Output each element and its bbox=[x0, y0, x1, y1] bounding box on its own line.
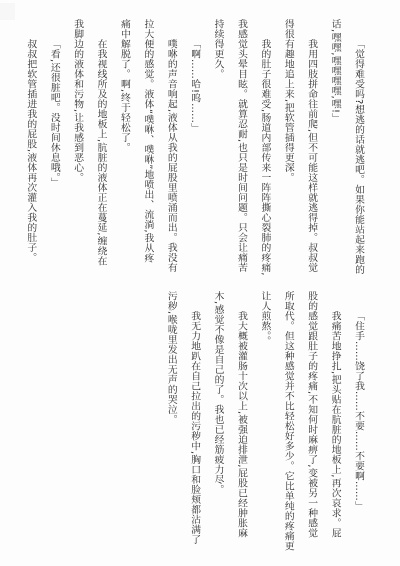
text-column: 股的感觉跟肚子的疼痛,不知何时麻痹了,变被另一种感觉 bbox=[300, 291, 323, 556]
text-column: 我的肚子很难受,肠道内部传来一阵阵撕心裂肺的疼痛, bbox=[253, 19, 276, 283]
text-column: 噗咻的声音响起,液体从我的屁股里喷涌而出。我没有 bbox=[159, 19, 182, 283]
text-column: 在我视线所及的地板上,肮脏的液体正在蔓延,缠绕在 bbox=[89, 19, 112, 283]
text-column: 拉大便的感觉。液体“噗咻、噗咻”地喷出、流淌,我从疼 bbox=[136, 19, 159, 283]
text-column: 「觉得难受吗?想逃的话就逃吧。如果你能站起来跑的 bbox=[347, 19, 370, 283]
text-column: 我感觉头晕目眩。就算忍耐,也只是时间问题。只会让痛苦 bbox=[230, 19, 253, 283]
text-column: 痛中解脱了。啊,终于轻松了。 bbox=[113, 19, 136, 283]
text-column: 我痛苦地挣扎,把头贴在肮脏的地板上,再次哀求。屁 bbox=[323, 291, 346, 556]
text-column: 我大概被灌肠十次以上,被强迫排泄,屁股已经肿胀麻 bbox=[230, 291, 253, 556]
novel-page: 「觉得难受吗?想逃的话就逃吧。如果你能站起来跑的话,嘿嘿,嘿嘿嘿嘿,嘿!」我用四… bbox=[0, 0, 400, 566]
text-column: 「啊……哈!呜……」 bbox=[183, 19, 206, 283]
text-block-bottom: 「住手……饶了我……不要……不要啊……」我痛苦地挣扎,把头贴在肮脏的地板上,再次… bbox=[159, 291, 370, 556]
text-column: 我无力地趴在自己拉出的污秽中,胸口和脸颊都沾满了 bbox=[183, 291, 206, 556]
scan-artifact bbox=[0, 3, 15, 20]
text-column: 所取代。但这种感觉并不比轻松好多少。它比单纯的疼痛更 bbox=[276, 291, 299, 556]
text-column: 污秽,喉咙里发出无声的哭泣。 bbox=[159, 291, 182, 556]
text-block-top: 「觉得难受吗?想逃的话就逃吧。如果你能站起来跑的话,嘿嘿,嘿嘿嘿嘿,嘿!」我用四… bbox=[19, 19, 370, 283]
text-column: 持续得更久。 bbox=[206, 19, 229, 283]
text-column: 话,嘿嘿,嘿嘿嘿嘿,嘿!」 bbox=[323, 19, 346, 283]
text-column: 叔叔把软管插进我的屁股,液体再次灌入我的肚子。 bbox=[19, 19, 42, 283]
text-column: 得很有趣地追上来,把软管插得更深。 bbox=[276, 19, 299, 283]
text-column: 我用四肢拼命往前爬,但不可能这样就逃得掉。叔叔觉 bbox=[300, 19, 323, 283]
text-column: 「看,还很脏吧。没时间休息哦。」 bbox=[42, 19, 65, 283]
text-column: 让人煎熬。。 bbox=[253, 291, 276, 556]
text-column: 「住手……饶了我……不要……不要啊……」 bbox=[347, 291, 370, 556]
text-column: 木,感觉不像是自己的了。我也已经筋疲力尽。 bbox=[206, 291, 229, 556]
text-column: 我脚边的液体和污物,让我感到恶心。 bbox=[66, 19, 89, 283]
